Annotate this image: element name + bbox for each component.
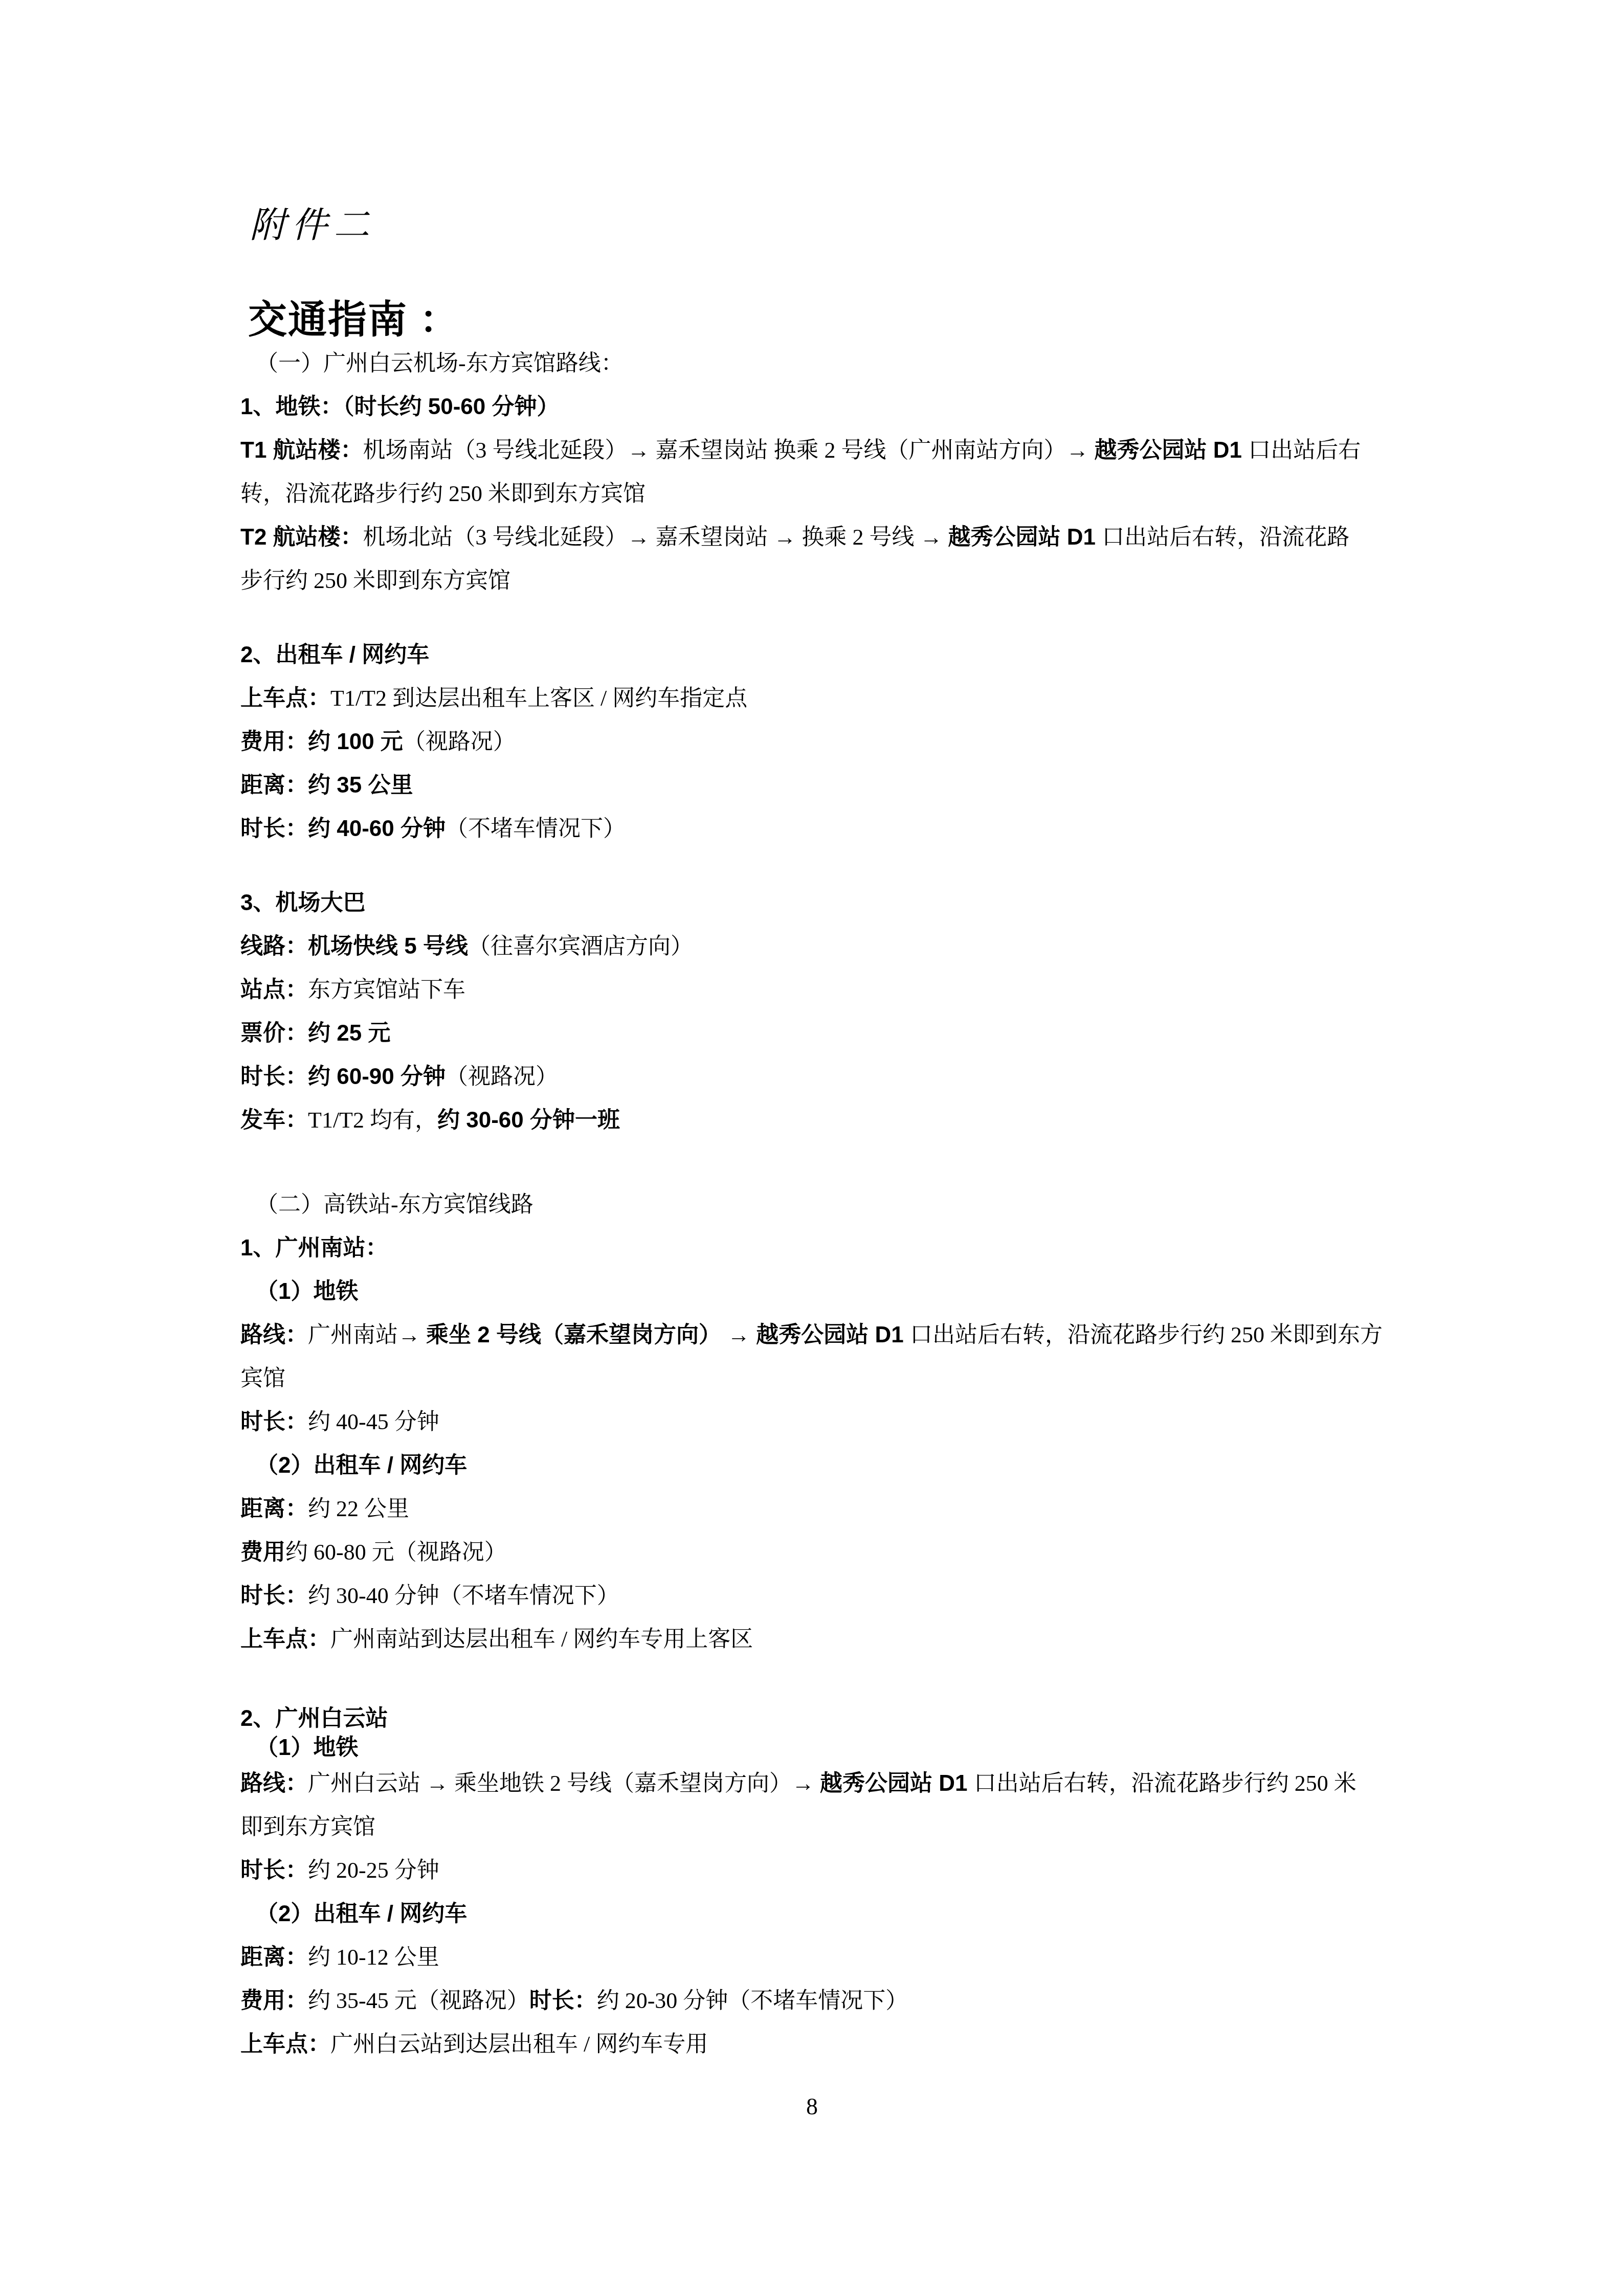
document-line: 转，沿流花路步行约 250 米即到东方宾馆 bbox=[240, 472, 1437, 515]
text-run-bold: T1 航站楼： bbox=[240, 438, 363, 463]
document-line: 上车点：T1/T2 到达层出租车上客区 / 网约车指定点 bbox=[240, 677, 1437, 720]
text-run: （视路况） bbox=[403, 729, 516, 754]
text-run: T1/T2 到达层出租车上客区 / 网约车指定点 bbox=[330, 686, 747, 711]
text-run: 约 40-45 分钟 bbox=[308, 1409, 439, 1434]
document-line: 发车：T1/T2 均有，约 30-60 分钟一班 bbox=[240, 1098, 1437, 1142]
text-run-bold: （2）出租车 / 网约车 bbox=[256, 1453, 467, 1478]
text-run: 约 35-45 元（视路况） bbox=[308, 1988, 529, 2013]
text-run: 机场北站（3 号线北延段）→ 嘉禾望岗站 → 换乘 2 号线 → bbox=[363, 525, 948, 550]
text-run-bold: 1、广州南站： bbox=[240, 1235, 388, 1260]
document-line: T2 航站楼：机场北站（3 号线北延段）→ 嘉禾望岗站 → 换乘 2 号线 → … bbox=[240, 515, 1437, 559]
text-run: 机场南站（3 号线北延段）→ 嘉禾望岗站 换乘 2 号线（广州南站方向）→ bbox=[363, 438, 1095, 463]
document-line: 即到东方宾馆 bbox=[240, 1805, 1437, 1849]
text-run: （往喜尔宾酒店方向） bbox=[468, 934, 693, 959]
document-line: 距离：约 35 公里 bbox=[240, 763, 1437, 807]
document-line: 上车点：广州白云站到达层出租车 / 网约车专用 bbox=[240, 2022, 1437, 2066]
document-line: 距离：约 22 公里 bbox=[240, 1487, 1437, 1530]
text-run-bold: 时长：约 40-60 分钟 bbox=[240, 816, 446, 841]
text-run: 约 60-80 元（视路况） bbox=[285, 1540, 507, 1565]
text-run: 约 20-25 分钟 bbox=[308, 1858, 439, 1883]
text-run-bold: 费用： bbox=[240, 1988, 308, 2013]
text-run-bold: 费用 bbox=[240, 1540, 285, 1565]
text-run-bold: T2 航站楼： bbox=[240, 525, 363, 550]
text-run: 约 20-30 分钟（不堵车情况下） bbox=[597, 1988, 908, 2013]
text-run-bold: 乘坐 2 号线（嘉禾望岗方向） → 越秀公园站 D1 bbox=[426, 1322, 910, 1347]
document-content: 附件二 交通指南 ： （一）广州白云机场-东方宾馆路线：1、地铁：（时长约 50… bbox=[240, 205, 1437, 2066]
text-run-bold: 费用：约 100 元 bbox=[240, 729, 403, 754]
document-line: 路线：广州白云站 → 乘坐地铁 2 号线（嘉禾望岗方向）→ 越秀公园站 D1 口… bbox=[240, 1762, 1437, 1805]
text-run-bold: 2、出租车 / 网约车 bbox=[240, 642, 429, 667]
text-run-bold: 越秀公园站 D1 bbox=[1095, 438, 1249, 463]
document-line: 宾馆 bbox=[240, 1357, 1437, 1400]
text-run: 广州白云站到达层出租车 / 网约车专用 bbox=[330, 2032, 708, 2057]
text-run-bold: 时长：约 60-90 分钟 bbox=[240, 1064, 446, 1089]
attachment-title: 附件二 bbox=[240, 205, 1437, 247]
text-run: 宾馆 bbox=[240, 1366, 285, 1391]
text-run-bold: 票价：约 25 元 bbox=[240, 1021, 390, 1046]
document-line: 费用：约 35-45 元（视路况）时长：约 20-30 分钟（不堵车情况下） bbox=[240, 1979, 1437, 2022]
text-run: 口出站后右 bbox=[1248, 438, 1361, 463]
text-run-bold: 时长： bbox=[240, 1858, 308, 1883]
document-line: （二）高铁站-东方宾馆线路 bbox=[240, 1183, 1437, 1226]
document-line: 1、地铁：（时长约 50-60 分钟） bbox=[240, 385, 1437, 429]
document-line: （2）出租车 / 网约车 bbox=[240, 1892, 1437, 1935]
document-line: 时长：约 20-25 分钟 bbox=[240, 1849, 1437, 1892]
document-line: （1）地铁 bbox=[240, 1270, 1437, 1313]
document-line: 站点：东方宾馆站下车 bbox=[240, 968, 1437, 1011]
document-line: 1、广州南站： bbox=[240, 1226, 1437, 1270]
text-run-bold: 上车点： bbox=[240, 686, 330, 711]
document-line: 3、机场大巴 bbox=[240, 881, 1437, 925]
text-run-bold: 上车点： bbox=[240, 2032, 330, 2057]
text-run: 即到东方宾馆 bbox=[240, 1814, 375, 1839]
page-number: 8 bbox=[0, 2091, 1624, 2122]
text-run-bold: （1）地铁 bbox=[256, 1279, 358, 1304]
text-run-bold: 路线： bbox=[240, 1322, 308, 1347]
document-line: 时长：约 40-45 分钟 bbox=[240, 1400, 1437, 1444]
text-run: 口出站后右转，沿流花路 bbox=[1102, 525, 1349, 550]
text-run-bold: 路线： bbox=[240, 1771, 308, 1796]
document-line: 时长：约 30-40 分钟（不堵车情况下） bbox=[240, 1574, 1437, 1617]
text-run: 口出站后右转，沿流花路步行约 250 米 bbox=[974, 1771, 1356, 1796]
text-run-bold: 时长： bbox=[240, 1583, 308, 1608]
text-run-bold: 1、地铁：（时长约 50-60 分钟） bbox=[240, 394, 559, 419]
page-title: 交通指南 ： bbox=[240, 299, 1437, 342]
text-run: （视路况） bbox=[446, 1064, 558, 1089]
text-run-bold: 发车： bbox=[240, 1108, 308, 1133]
document-line: T1 航站楼：机场南站（3 号线北延段）→ 嘉禾望岗站 换乘 2 号线（广州南站… bbox=[240, 429, 1437, 472]
text-run-bold: 距离：约 35 公里 bbox=[240, 773, 413, 798]
document-line: 费用：约 100 元（视路况） bbox=[240, 720, 1437, 763]
document-line: （2）出租车 / 网约车 bbox=[240, 1444, 1437, 1487]
text-run: 口出站后右转，沿流花路步行约 250 米即到东方 bbox=[910, 1322, 1383, 1347]
text-run-bold: 时长： bbox=[529, 1988, 597, 2013]
text-run-bold: 上车点： bbox=[240, 1627, 330, 1652]
document-line: 线路：机场快线 5 号线（往喜尔宾酒店方向） bbox=[240, 925, 1437, 968]
text-run: （不堵车情况下） bbox=[446, 816, 626, 841]
text-run: 步行约 250 米即到东方宾馆 bbox=[240, 568, 510, 593]
text-run: 转，沿流花路步行约 250 米即到东方宾馆 bbox=[240, 481, 646, 506]
text-run-bold: 3、机场大巴 bbox=[240, 890, 365, 915]
document-line: 时长：约 60-90 分钟（视路况） bbox=[240, 1055, 1437, 1098]
text-run: T1/T2 均有， bbox=[308, 1108, 437, 1133]
text-run-bold: 距离： bbox=[240, 1945, 308, 1970]
text-run-bold: 越秀公园站 D1 bbox=[948, 525, 1102, 550]
text-run: 约 22 公里 bbox=[308, 1496, 409, 1521]
text-run-bold: （2）出租车 / 网约车 bbox=[256, 1901, 467, 1926]
document-line: 上车点：广州南站到达层出租车 / 网约车专用上客区 bbox=[240, 1617, 1437, 1661]
text-run: 广州南站→ bbox=[308, 1322, 426, 1347]
text-run-bold: 线路：机场快线 5 号线 bbox=[240, 934, 468, 959]
text-run-bold: 约 30-60 分钟一班 bbox=[437, 1108, 620, 1133]
text-run-bold: 站点： bbox=[240, 977, 308, 1002]
document-body: （一）广州白云机场-东方宾馆路线：1、地铁：（时长约 50-60 分钟）T1 航… bbox=[240, 342, 1437, 2066]
document-line: 时长：约 40-60 分钟（不堵车情况下） bbox=[240, 807, 1437, 850]
document-line: 费用约 60-80 元（视路况） bbox=[240, 1530, 1437, 1574]
text-run-bold: 时长： bbox=[240, 1409, 308, 1434]
text-run-bold: 距离： bbox=[240, 1496, 308, 1521]
document-line: 2、出租车 / 网约车 bbox=[240, 633, 1437, 677]
text-run: 广州白云站 → 乘坐地铁 2 号线（嘉禾望岗方向）→ bbox=[308, 1771, 820, 1796]
document-line: 距离：约 10-12 公里 bbox=[240, 1935, 1437, 1979]
document-line: 路线：广州南站→ 乘坐 2 号线（嘉禾望岗方向） → 越秀公园站 D1 口出站后… bbox=[240, 1313, 1437, 1357]
text-run: （一）广州白云机场-东方宾馆路线： bbox=[256, 351, 624, 376]
text-run: 约 10-12 公里 bbox=[308, 1945, 439, 1970]
text-run: （二）高铁站-东方宾馆线路 bbox=[256, 1192, 533, 1217]
document-line: 步行约 250 米即到东方宾馆 bbox=[240, 559, 1437, 602]
document-line: 票价：约 25 元 bbox=[240, 1011, 1437, 1055]
text-run-bold: （1）地铁 bbox=[256, 1735, 358, 1760]
document-line: （一）广州白云机场-东方宾馆路线： bbox=[240, 342, 1437, 385]
text-run-bold: 越秀公园站 D1 bbox=[820, 1771, 974, 1796]
text-run: 约 30-40 分钟（不堵车情况下） bbox=[308, 1583, 619, 1608]
text-run: 东方宾馆站下车 bbox=[308, 977, 465, 1002]
text-run: 广州南站到达层出租车 / 网约车专用上客区 bbox=[330, 1627, 753, 1652]
